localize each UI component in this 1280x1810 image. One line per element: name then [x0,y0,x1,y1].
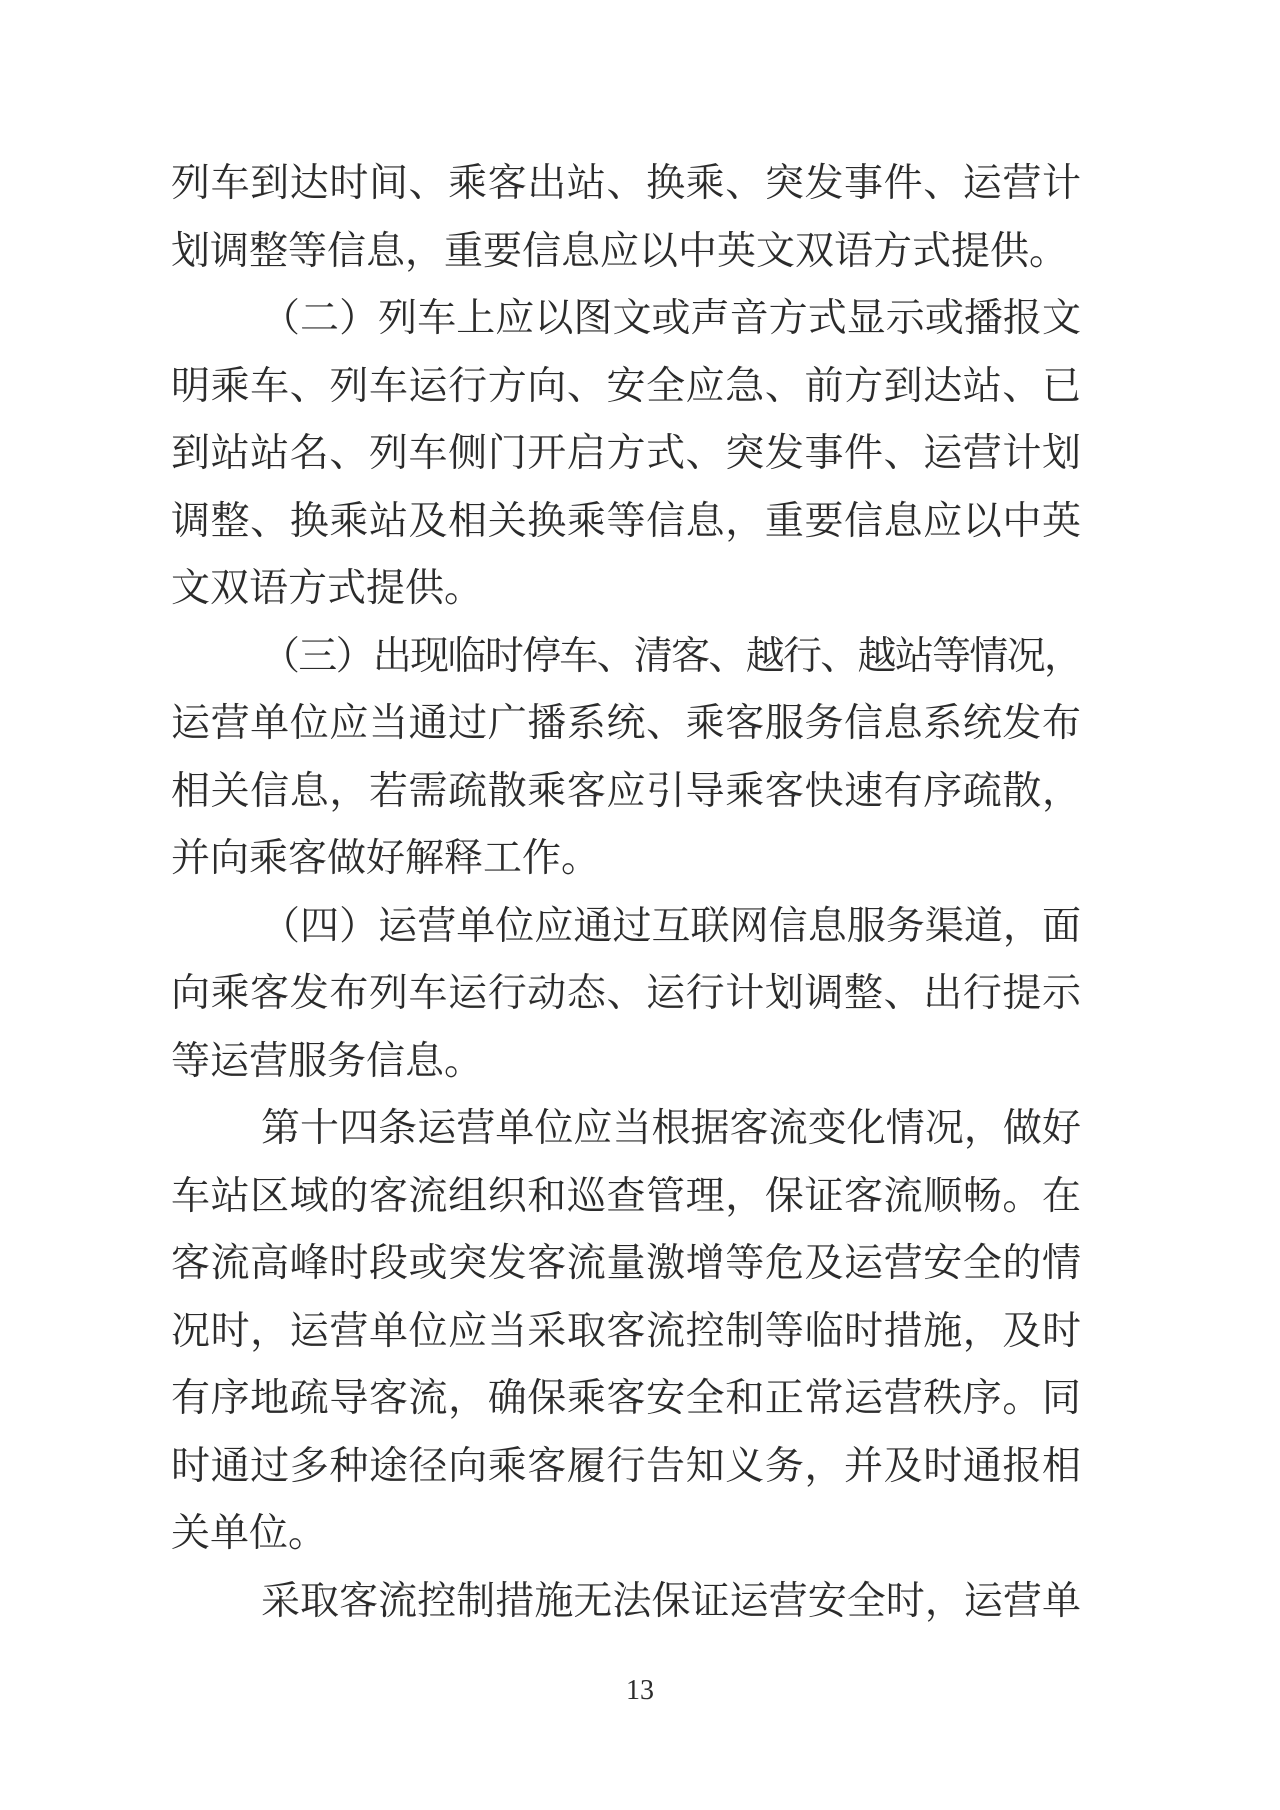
text-line: 等运营服务信息。 [171,1028,1081,1096]
text-line: 关单位。 [171,1500,1081,1568]
text-line: 第十四条运营单位应当根据客流变化情况，做好 [171,1095,1081,1163]
text-line: 到站站名、列车侧门开启方式、突发事件、运营计划 [171,420,1081,488]
text-line: （三）出现临时停车、清客、越行、越站等情况， [171,623,1081,691]
text-line: 相关信息，若需疏散乘客应引导乘客快速有序疏散， [171,758,1081,826]
text-line: 并向乘客做好解释工作。 [171,825,1081,893]
text-line: 采取客流控制措施无法保证运营安全时，运营单 [171,1568,1081,1636]
text-line: 有序地疏导客流，确保乘客安全和正常运营秩序。同 [171,1365,1081,1433]
text-line: 况时，运营单位应当采取客流控制等临时措施，及时 [171,1298,1081,1366]
page-footer: 13 [0,1676,1280,1706]
text-line: 客流高峰时段或突发客流量激增等危及运营安全的情 [171,1230,1081,1298]
text-line: 列车到达时间、乘客出站、换乘、突发事件、运营计 [171,150,1081,218]
text-line: 文双语方式提供。 [171,555,1081,623]
text-line: 运营单位应当通过广播系统、乘客服务信息系统发布 [171,690,1081,758]
text-line: 向乘客发布列车运行动态、运行计划调整、出行提示 [171,960,1081,1028]
text-line: （四）运营单位应通过互联网信息服务渠道，面 [171,893,1081,961]
text-line: （二）列车上应以图文或声音方式显示或播报文 [171,285,1081,353]
text-line: 车站区域的客流组织和巡查管理，保证客流顺畅。在 [171,1163,1081,1231]
document-page: 列车到达时间、乘客出站、换乘、突发事件、运营计划调整等信息，重要信息应以中英文双… [0,0,1280,1810]
document-text: 列车到达时间、乘客出站、换乘、突发事件、运营计划调整等信息，重要信息应以中英文双… [171,150,1081,1635]
text-line: 调整、换乘站及相关换乘等信息，重要信息应以中英 [171,488,1081,556]
text-line: 划调整等信息，重要信息应以中英文双语方式提供。 [171,218,1081,286]
text-line: 时通过多种途径向乘客履行告知义务，并及时通报相 [171,1433,1081,1501]
text-line: 明乘车、列车运行方向、安全应急、前方到达站、已 [171,353,1081,421]
page-number: 13 [626,1675,654,1706]
